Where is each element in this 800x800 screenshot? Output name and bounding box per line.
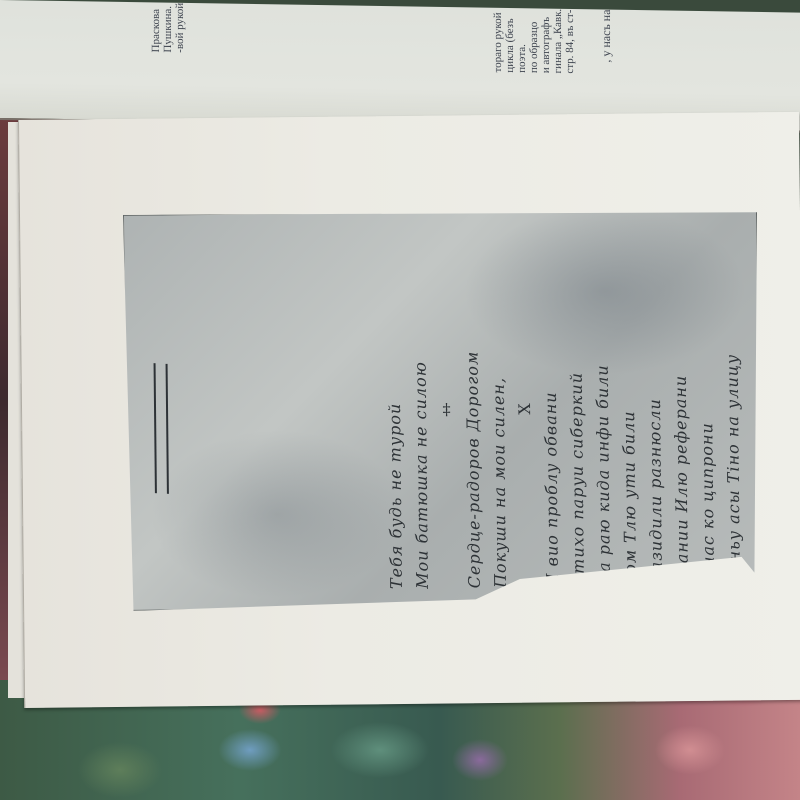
script-line: Сердце-радоров Дорогом [458,230,488,588]
script-line: У нас ко ципрони [692,228,722,586]
handwritten-letter-facsimile: Тебя будь не турой Мои батюшка не силою … [123,208,761,611]
script-line: Назидили разнюсли [640,228,670,586]
text-line: цикла (безъ [504,8,516,73]
signature-flourish-icon [154,363,169,494]
script-line: Покуши на мои силен, [484,230,514,588]
script-line: На раю кида инфи били [588,229,618,587]
script-line: Вом Тлю ути били [614,228,644,586]
separator-mark: ‡ [432,230,462,588]
text-line: гинала „Кавк. [552,9,564,74]
text-line: и автографъ [540,8,552,73]
right-text-column: тораго рукой цикла (безъ поэта. по образ… [492,8,576,74]
text-line: стр. 84, въ ст- [564,9,576,74]
handwritten-text: Тебя будь не турой Мои батюшка не силою … [380,227,748,589]
right-header: , у насъ на [600,9,612,62]
script-line: Коньу асы Тiно на улицу [718,227,748,585]
script-line: Тебя будь не турой [380,231,410,589]
separator-mark: X [510,230,540,588]
text-line: Праскова [150,2,162,52]
script-line: Грании Илю реферани [666,228,696,586]
left-text-column: Праскова Пушкина. -вой рукой [150,2,186,53]
script-line: Мои батюшка не силою [406,231,436,589]
text-line: -вой рукой [174,3,186,53]
text-line: , у насъ на [600,9,612,62]
text-line: поэта. [516,8,528,73]
text-line: по образцо [528,8,540,73]
script-line: И вио проблу обвани [536,229,566,587]
main-book-page: Тебя будь не турой Мои батюшка не силою … [18,112,800,708]
script-line: Этихо паруи сиберкий [562,229,592,587]
text-line: Пушкина. [162,3,174,53]
text-line: тораго рукой [492,8,504,73]
